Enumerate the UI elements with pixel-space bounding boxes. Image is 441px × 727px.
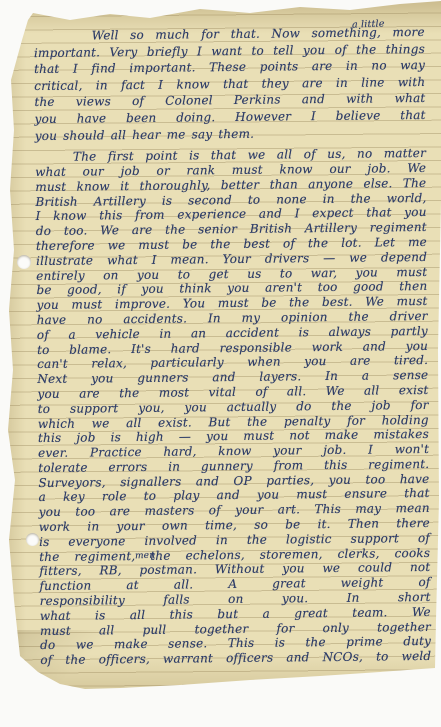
insertion-a-little: a little: [352, 18, 385, 30]
insertion-men: men: [135, 551, 156, 562]
paper-stain-left: [0, 0, 26, 700]
page-background: Well so much for that. Now something, mo…: [0, 0, 441, 727]
hole-punch-top: [17, 255, 31, 269]
paragraph: The first point is that we all of us, no…: [35, 146, 431, 668]
letter-body: Well so much for that. Now something, mo…: [34, 24, 432, 668]
paragraph: Well so much for that. Now something, mo…: [34, 24, 426, 144]
handwriting-line: you should all hear me say them.: [35, 124, 426, 145]
hole-punch-bottom: [26, 533, 39, 546]
